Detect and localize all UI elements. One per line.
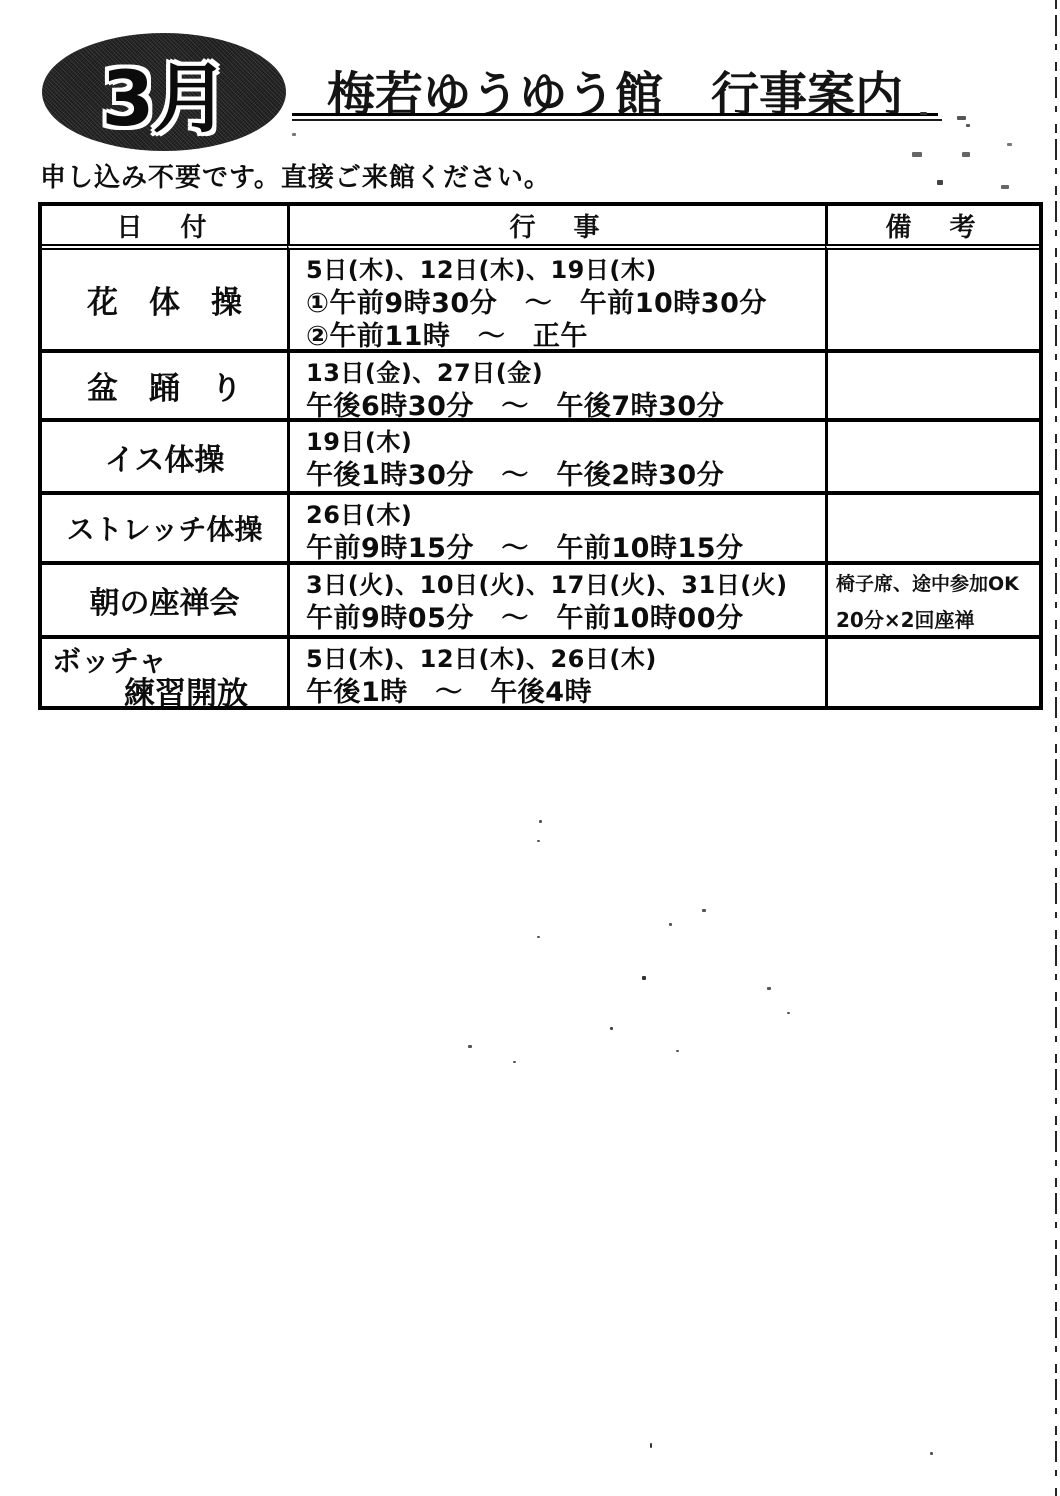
scan-speck <box>767 987 771 990</box>
event-time: 午後1時 ～ 午後4時 <box>306 676 825 706</box>
title-underline <box>292 113 938 116</box>
scan-speck <box>1007 143 1012 146</box>
note-line-2: 20分×2回座禅 <box>836 608 1037 632</box>
scan-speck <box>676 1050 679 1052</box>
event-time: 午前9時15分 ～ 午前10時15分 <box>306 532 825 561</box>
col-header-notes: 備 考 <box>825 206 1039 244</box>
scan-speck <box>650 1443 652 1448</box>
scan-speck <box>966 124 970 127</box>
event-name-isu-taisou: イス体操 <box>42 418 287 491</box>
event-name-asa-zazenkai: 朝の座禅会 <box>42 561 287 635</box>
month-badge-label: 3月 <box>102 38 227 147</box>
scan-speck <box>513 1061 516 1063</box>
event-notes-empty <box>825 418 1039 491</box>
events-table: 日 付 行 事 備 考 花 体 操 5日(木)、12日(木)、19日(木) ①午… <box>38 202 1043 710</box>
event-name-line-2: 練習開放 <box>52 677 287 706</box>
event-time: 午後1時30分 ～ 午後2時30分 <box>306 459 825 491</box>
scan-edge-artifact <box>1055 0 1057 1496</box>
scan-speck <box>292 133 296 136</box>
scan-speck <box>787 1012 790 1014</box>
scan-speck <box>468 1045 472 1048</box>
event-dates: 19日(木) <box>306 426 825 459</box>
event-dates: 5日(木)、12日(木)、19日(木) <box>306 254 825 287</box>
scan-speck <box>537 936 540 938</box>
title-underline-thin <box>292 119 942 121</box>
scan-speck <box>912 152 922 157</box>
scan-speck <box>920 112 927 115</box>
event-schedule-isu-taisou: 19日(木) 午後1時30分 ～ 午後2時30分 <box>287 418 825 491</box>
event-name-bon-odori: 盆 踊 り <box>42 349 287 418</box>
scan-speck <box>962 152 970 157</box>
event-name-boccia-renshuu-kaihou: ボッチャ 練習開放 <box>42 635 287 706</box>
scan-speck <box>930 1452 933 1455</box>
scan-speck <box>539 820 542 823</box>
event-notes-empty <box>825 491 1039 561</box>
event-time: 午後6時30分 ～ 午後7時30分 <box>306 390 825 418</box>
event-time: 午前9時05分 ～ 午前10時00分 <box>306 602 825 635</box>
scan-speck <box>1001 185 1009 189</box>
event-schedule-asa-zazenkai: 3日(火)、10日(火)、17日(火)、31日(火) 午前9時05分 ～ 午前1… <box>287 561 825 635</box>
event-notes-empty <box>825 635 1039 706</box>
scan-speck <box>669 923 672 926</box>
scan-speck <box>537 840 540 842</box>
event-name-hana-taisou: 花 体 操 <box>42 244 287 349</box>
event-time-2: ②午前11時 ～ 正午 <box>306 320 825 349</box>
event-notes-zazenkai: 椅子席、途中参加OK 20分×2回座禅 <box>825 561 1039 635</box>
scan-speck <box>642 976 646 980</box>
event-notes-empty <box>825 349 1039 418</box>
note-line-1: 椅子席、途中参加OK <box>836 572 1037 596</box>
event-dates: 26日(木) <box>306 499 825 532</box>
scan-speck <box>702 909 706 912</box>
event-name-stretch-taisou: ストレッチ体操 <box>42 491 287 561</box>
event-schedule-boccia: 5日(木)、12日(木)、26日(木) 午後1時 ～ 午後4時 <box>287 635 825 706</box>
col-header-event: 行 事 <box>287 206 825 244</box>
event-dates: 5日(木)、12日(木)、26日(木) <box>306 643 825 676</box>
event-dates: 13日(金)、27日(金) <box>306 357 825 390</box>
event-schedule-hana-taisou: 5日(木)、12日(木)、19日(木) ①午前9時30分 ～ 午前10時30分 … <box>287 244 825 349</box>
event-name-line-1: ボッチャ <box>52 645 287 677</box>
scan-speck <box>937 180 943 185</box>
event-dates: 3日(火)、10日(火)、17日(火)、31日(火) <box>306 569 825 602</box>
event-schedule-bon-odori: 13日(金)、27日(金) 午後6時30分 ～ 午後7時30分 <box>287 349 825 418</box>
event-time-1: ①午前9時30分 ～ 午前10時30分 <box>306 287 825 320</box>
event-notes-empty <box>825 244 1039 349</box>
scan-speck <box>610 1027 613 1030</box>
month-badge: 3月 <box>42 33 286 151</box>
event-schedule-stretch-taisou: 26日(木) 午前9時15分 ～ 午前10時15分 <box>287 491 825 561</box>
scan-speck <box>957 116 966 120</box>
col-header-date: 日 付 <box>42 206 287 244</box>
no-registration-notice: 申し込み不要です。直接ご来館ください。 <box>40 157 551 194</box>
